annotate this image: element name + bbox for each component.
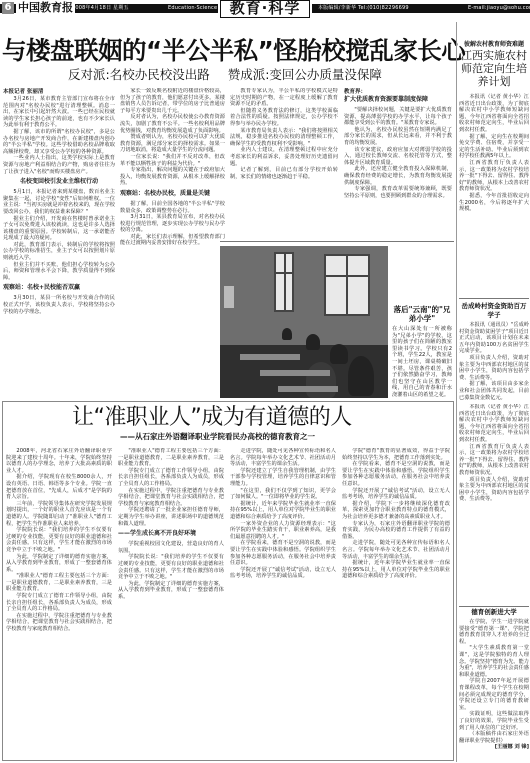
paragraph: 江西省教育厅负责人表示，这一政策将为农村学校培养一批"下得去、留得住、教得好"的… bbox=[459, 444, 529, 477]
paragraph: 在学院看来，德育不是空洞的说教，而是要让学生在实践中体验和感悟。学院组织学生参加… bbox=[230, 540, 336, 566]
page-number: 6 bbox=[2, 2, 14, 14]
feature-column-3: 走进学院，随处可见各种宣传标语和名人名言。学院每年举办文化艺术节、社团活动月等活… bbox=[230, 448, 336, 758]
section-title: 教育·科学 bbox=[220, 0, 310, 18]
sidebar-rule-1 bbox=[459, 298, 529, 299]
sidebar-rule-2 bbox=[459, 606, 529, 607]
paragraph: 一家外资企业的人力资源经理表示："这所学院的毕业生踏实肯干，职业素养高，是我们最… bbox=[230, 521, 336, 541]
masthead: 6 中国教育报 2008年4月18日 星期五 Education·Science… bbox=[0, 0, 530, 22]
classroom-photo bbox=[220, 246, 388, 398]
lead-column-2: 家长一致反映名校附近的楼盘价格较高，但为了孩子的教育，他们愿意付出更多。某楼盘销… bbox=[120, 88, 225, 398]
feature-subheadline: ——从石家庄外语翻译职业学院看民办高校的德育教育之一 bbox=[120, 432, 315, 442]
paragraph: 走进学院，随处可见各种宣传标语和名人名言。学院每年举办文化艺术节、社团活动月等活… bbox=[342, 540, 450, 560]
caption-body: 在大山深处有一所被称为"兄弟小学"的学校，这里的孩子们在简陋的教室里读书学习。学… bbox=[392, 326, 452, 397]
paragraph: 据了解，该市的所谓"名校办民校"，多是公办名校与房地产开发商合作，在新建楼盘内创… bbox=[3, 129, 115, 155]
sidebar-story-2-title: 岳成岭村资金资助百万学子 bbox=[459, 302, 529, 320]
paragraph: 据了解，目前全国各地的"半公半私"学校数量众多，政策调整势在必行。 bbox=[120, 201, 225, 214]
paragraph: 5月1日，本报记者来到某楼盘，数百名业主聚集在一起，讨论学校"变性"后如何维权。… bbox=[3, 189, 115, 215]
caption-title: 落后"云南"的"兄弟小学" bbox=[392, 305, 452, 323]
paragraph: 专家强调，教育改革需要统筹兼顾，既要坚持公平原则，也要照顾到群众的合理需求。 bbox=[344, 186, 452, 199]
photo-caption: 落后"云南"的"兄弟小学" 在大山深处有一所被称为"兄弟小学"的学校，这里的孩子… bbox=[392, 305, 452, 397]
paragraph: 实践证明，这些做法取得了良好的效果，学院毕业生受到了用人单位的广泛好评。 bbox=[459, 711, 529, 731]
sidebar-story-2-cont: 本报讯（记者 黄小华）江西省近日出台政策，为了彻底解决农村中小学教师短缺问题，今… bbox=[459, 404, 529, 604]
paragraph: 一些业内人士指出，这类学校实际上是教育资源与房地产利益相结合的产物，购房者往往为… bbox=[3, 155, 115, 175]
paragraph: 此外，还应建立健全教育投入保障机制，确保教育经费的稳定增长，为教育均衡发展提供制… bbox=[344, 166, 452, 186]
paragraph: 3月31日，某县教育局宣布，对名校办民校进行规范管理，逐步实现公办学校与民办学校… bbox=[120, 214, 225, 234]
paragraph: 反对者认为，名校办民校使公办教育资源流失，加剧了教育不公平。一些名校利用品牌优势… bbox=[120, 114, 225, 134]
paragraph: 走进学院，随处可见各种宣传标语和名人名言。学院每年举办文化艺术节、社团活动月等活… bbox=[230, 448, 336, 468]
lead-column-1: 本报记者 张丽清 3月26日，某市教育主管部门宣布将在全市范围内对"名校办民校"… bbox=[3, 88, 115, 398]
feature-column-4: 学院"德育"教育的显著成效，得益于学院始终坚持以学生为本，把德育工作落到实处。 … bbox=[342, 448, 450, 758]
paragraph: 学院自2007年起开展德育课程改革，每个学生在校期间必须完成规定的德育学分，学院… bbox=[459, 678, 529, 711]
lead-column-4: 教育界： 扩大优质教育资源要靠制度保障 "要解决择校问题，关键是要扩大优质教育资… bbox=[344, 88, 452, 238]
paragraph: 据介绍，学院现有在校生8000余人，开设有英语、日语、韩语等多个专业。学院一直把… bbox=[6, 474, 112, 500]
paragraph: 在实施过程中，学院注重把德育与专业教学相结合，把课堂教育与社会实践相结合，把学校… bbox=[118, 488, 224, 508]
sidebar-story-2: 岳成岭村资金资助百万学子 本报讯（通讯员）"岳成岭村资金资助贫困学子"项目近日正… bbox=[459, 302, 529, 402]
feature-column-2: "准职业人"德育工程主要包括三个方面：一是职业道德教育，二是职业素养教育，三是职… bbox=[118, 448, 224, 758]
paragraph: 家长一致反映名校附近的楼盘价格较高，但为了孩子的教育，他们愿意付出更多。某楼盘销… bbox=[120, 88, 225, 114]
paper-name: 中国教育报 bbox=[16, 1, 75, 14]
sidebar-story-3-title: 德育创新进大学 bbox=[459, 608, 529, 617]
paragraph: 教育专家认为，半公半私的学校模式是特定历史时期的产物，在一定程度上缓解了教育资源… bbox=[230, 88, 338, 108]
paragraph: 据了解，该项目由多家企业和社会团体共同发起，目前已募集资金数亿元。 bbox=[459, 381, 529, 401]
column-subtitle: 观察站：名校办民校，质量是关键 bbox=[120, 190, 225, 198]
paragraph: 学院还开展了"诚信考试"活动，设立无人监考考场，培养学生的诚信品质。 bbox=[230, 567, 336, 580]
paragraph: 三年前，学院领导集体在研究学院发展规划时提出，一个好的职业人首先应该是一个有道德… bbox=[6, 501, 112, 527]
paragraph: 在学院，学生一进学院就要接受"德育第一课"，学院把德育教育贯穿人才培养的全过程。 bbox=[459, 619, 529, 645]
column-subtitle: ——学生成长离不开良好环境 bbox=[118, 530, 224, 538]
feature-column-1: 2008年，河北省石家庄外语翻译职业学院迎来了建校十周年。十年来，学院始终坚持以… bbox=[6, 448, 112, 758]
paragraph: 本报讯（记者 黄小华）江西省近日出台政策，为了彻底解决农村中小学教师短缺问题，今… bbox=[459, 404, 529, 444]
paragraph: 对此，教育部门表示，转制后的学校将按照公办学校的标准招生，业主子女可以按照划片原… bbox=[3, 242, 115, 262]
subhead-supporting: 赞成派:变回公办质量没保障 bbox=[228, 67, 382, 82]
paragraph: 据了解，定向生在校期间免交学费、住宿费，并享受一定的生活补助。毕业后须到农村学校… bbox=[459, 134, 529, 160]
lead-headline: 与楼盘联姻的“半公半私”怪胎校搅乱家长心 bbox=[2, 37, 454, 65]
paragraph: 业内人士建议，在清理整顿过程中应充分考虑家长的利益诉求，妥善处理好历史遗留问题。 bbox=[230, 147, 338, 167]
paragraph: （本版稿件由石家庄外语翻译职业学院提供） bbox=[459, 731, 529, 744]
paragraph: 学院重视校园文化建设，营造良好的育人氛围。 bbox=[118, 541, 224, 554]
byline: 本报记者 张丽清 bbox=[3, 88, 115, 96]
lead-column-3: 教育专家认为，半公半私的学校模式是特定历史时期的产物，在一定程度上缓解了教育资源… bbox=[230, 88, 338, 238]
paragraph: 据悉，今年首批招收定向生2000名，今后将逐年扩大规模。 bbox=[459, 193, 529, 213]
paragraph: 对此，家长们表示理解，但希望教育部门能在过渡期内妥善安排好在校学生。 bbox=[120, 234, 225, 247]
paragraph: 为此，学院制定了详细的德育实施方案，从入学教育到毕业教育，形成了一整套德育体系。 bbox=[6, 554, 112, 574]
paragraph: "大学生素质教育第一堂课"，这是学院独特的育人理念。学院坚持"德育为先、能力为重… bbox=[459, 645, 529, 678]
paragraph: 学院"德育"教育的显著成效，得益于学院始终坚持以学生为本，把德育工作落到实处。 bbox=[342, 448, 450, 461]
paragraph: 在学院看来，德育不是空洞的说教，而是要让学生在实践中体验和感悟。学院组织学生参加… bbox=[342, 461, 450, 487]
paragraph: "在这里，我们不仅学到了知识，更学会了如何做人。"一位即将毕业的学生说。 bbox=[230, 488, 336, 501]
paragraph: 某市教育局负责人表示："我们将按照相关法规，稳步推进名校办民校的清理整顿工作，确… bbox=[230, 128, 338, 148]
paragraph: 他认为，名校办民校虽然在短期内满足了部分家长的需求，但从长远来看，并不利于教育的… bbox=[344, 127, 452, 147]
paragraph: 为此，学院制定了详细的德育实施方案，从入学教育到毕业教育，形成了一整套德育体系。 bbox=[118, 581, 224, 601]
section-en: Education·Science bbox=[168, 4, 217, 13]
paragraph: 但随着义务教育法的修订，这类学校面临着合法性的质疑。按照法律规定，公办学校不得参… bbox=[230, 108, 338, 128]
feature-headline: 让“准职业人”成为有道德的人 bbox=[72, 405, 352, 431]
paragraph: 学院还聘请了一批企业家担任德育导师，定期为学生举办讲座，讲述职场中的道德规范和做… bbox=[118, 507, 224, 527]
paragraph: 据统计，近年来学院毕业生就业率一直保持在95%以上，用人单位对学院毕业生的职业道… bbox=[342, 560, 450, 580]
sidebar-kicker: 彼解农村教育师资难题 bbox=[459, 40, 529, 49]
paragraph: 学院专门成立了德育工作领导小组，由院长亲自担任组长，各系部负责人为成员，形成了全… bbox=[6, 593, 112, 613]
paragraph: 赞成者则认为，名校办民校可以扩大优质教育资源，满足部分家长的择校需求。如果一刀切… bbox=[120, 134, 225, 154]
paragraph: 2008年，河北省石家庄外语翻译职业学院迎来了建校十周年。十年来，学院始终坚持以… bbox=[6, 448, 112, 474]
column-kicker: 教育界： bbox=[344, 88, 452, 96]
photo-top-rule bbox=[220, 241, 454, 242]
paragraph: 江西省教育厅负责人表示，这一政策将为农村学校培养一批"下得去、留得住、教得好"的… bbox=[459, 160, 529, 193]
paragraph: 3月26日，某市教育主管部门宣布将在全市范围内对"名校办民校"进行清理整顿。消息… bbox=[3, 96, 115, 129]
sidebar-story-3: 德育创新进大学 在学院，学生一进学院就要接受"德育第一课"，学院把德育教育贯穿人… bbox=[459, 608, 529, 761]
paragraph: 据介绍，学院下一步将继续深化德育改革，探索更加符合职业教育特点的德育模式，为社会… bbox=[342, 501, 450, 521]
paragraph: 学院还建立了学生自我管理机制，由学生干部参与学校管理，培养学生的自律意识和管理能… bbox=[230, 468, 336, 488]
paragraph: 本报讯（通讯员）"岳成岭村资金资助贫困学子"项目近日正式启动，该项目计划在未来五… bbox=[459, 322, 529, 355]
paragraph: 但业主们并不买账，他们担心学校转为公办后，师资和管理水平会下降，教学质量得不到保… bbox=[3, 262, 115, 282]
paragraph: 本报讯（记者 黄小华）江西省近日出台政策，为了彻底解决农村中小学教师短缺问题，今… bbox=[459, 94, 529, 134]
sidebar-credit: [王丽娜 刘 锋] bbox=[459, 744, 529, 751]
paragraph: "准职业人"德育工程主要包括三个方面：一是职业道德教育，二是职业素养教育，三是职… bbox=[6, 573, 112, 593]
paragraph: 在实施过程中，学院注重把德育与专业教学相结合，把课堂教育与社会实践相结合，把学校… bbox=[6, 613, 112, 633]
subhead-opposing: 反对派:名校办民校没出路 bbox=[68, 67, 210, 82]
paragraph: 项目负责人介绍，资助对象主要为中西部农村地区的贫困中小学生，资助内容包括学费、生… bbox=[459, 355, 529, 381]
paragraph: 学院院长说："我们培养的学生不仅要有过硬的专业技能，更要有良好的职业道德和社会责… bbox=[118, 554, 224, 580]
issue-date: 2008年4月18日 星期五 bbox=[72, 4, 129, 13]
paragraph: 专家指出，解决问题的关键在于政府加大投入，均衡发展教育资源，从根本上缓解择校热。 bbox=[120, 167, 225, 187]
column-subtitle: 名校变回校引发业主维权行动 bbox=[3, 178, 115, 186]
paragraph: 学院专门成立了德育工作领导小组，由院长亲自担任组长，各系部负责人为成员，形成了全… bbox=[118, 468, 224, 488]
paragraph: "要解决择校问题，关键是要扩大优质教育资源，提高薄弱学校的办学水平，让每个孩子都… bbox=[344, 107, 452, 127]
paragraph: 一位家长说："我们并不反对改革，但改革不能以牺牲孩子的利益为代价。" bbox=[120, 154, 225, 167]
lead-subhead: 反对派:名校办民校没出路 赞成派:变回公办质量没保障 bbox=[68, 67, 398, 82]
paragraph: 项目负责人介绍，资助对象主要为中西部农村地区的贫困中小学生，资助内容包括学费、生… bbox=[459, 477, 529, 503]
paragraph: 专家认为，石家庄外语翻译职业学院的德育实践，为民办高校的德育工作提供了有益的借鉴… bbox=[342, 521, 450, 541]
paragraph: 记者了解到，目前已有部分学校开始转制，家长们的情绪也逐渐趋于平稳。 bbox=[230, 167, 338, 180]
column-subtitle: 观察站：名校+民校能否双赢 bbox=[3, 284, 115, 292]
paragraph: 据统计，近年来学院毕业生就业率一直保持在95%以上，用人单位对学院毕业生的职业道… bbox=[230, 501, 336, 521]
column-subtitle: 扩大优质教育资源要靠制度保障 bbox=[344, 96, 452, 104]
sidebar-divider bbox=[456, 22, 457, 762]
paragraph: 学院院长说："我们培养的学生不仅要有过硬的专业技能，更要有良好的职业道德和社会责… bbox=[6, 527, 112, 553]
email-info: E-mail:jiaoyu@sohu.com bbox=[468, 4, 530, 13]
paragraph: 3月30日，某县一所名校与开发商合作的民校正式开学，该校负责人表示，学校将坚持公… bbox=[3, 295, 115, 315]
paragraph: "准职业人"德育工程主要包括三个方面：一是职业道德教育，二是职业素养教育，三是职… bbox=[118, 448, 224, 468]
editor-info: 本版编辑/李新华 Tel:(010)82296699 bbox=[318, 4, 409, 13]
sidebar-story-1: 彼解农村教育师资难题 江西实施农村师范定向生培养计划 本报讯（记者 黄小华）江西… bbox=[459, 40, 529, 290]
paragraph: 据业主们介绍，开发商在售楼时曾承诺业主子女可以免费进入该校就读，这也是许多人选择… bbox=[3, 216, 115, 242]
sidebar-title: 江西实施农村师范定向生培养计划 bbox=[459, 49, 529, 88]
paragraph: 该专家建议，政府应加大对薄弱学校的投入，通过校长教师交流、名校托管等方式，整体提… bbox=[344, 147, 452, 167]
paragraph: 学院还开展了"诚信考试"活动，设立无人监考考场，培养学生的诚信品质。 bbox=[342, 488, 450, 501]
